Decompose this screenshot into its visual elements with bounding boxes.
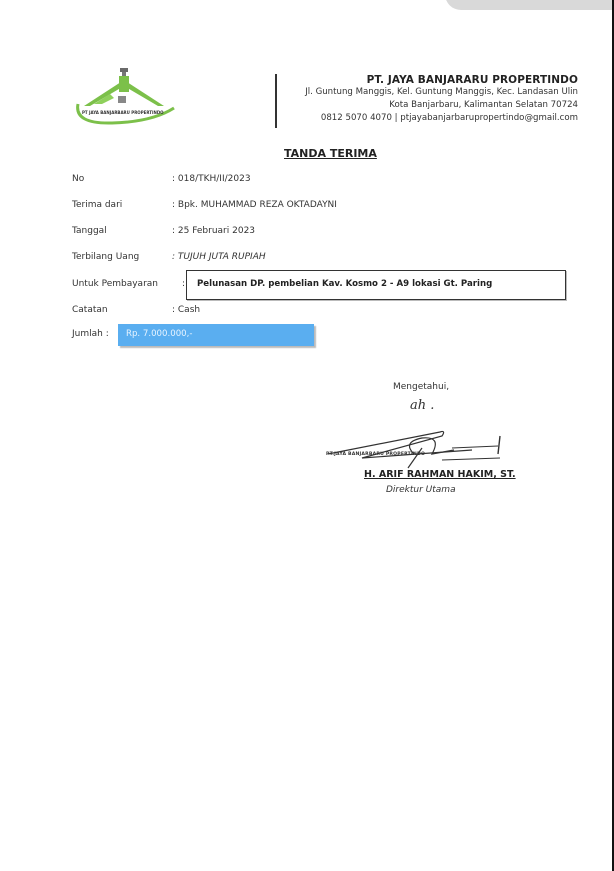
signer-title: Direktur Utama [386, 485, 456, 495]
company-address-2: Kota Banjarbaru, Kalimantan Selatan 7072… [305, 99, 578, 112]
field-label: No [72, 174, 84, 184]
field-value: : 25 Februari 2023 [172, 226, 255, 236]
company-info: PT. JAYA BANJARARU PROPERTINDO Jl. Guntu… [305, 74, 578, 125]
signer-name: H. ARIF RAHMAN HAKIM, ST. [364, 469, 516, 480]
field-label: Catatan [72, 305, 108, 315]
company-contact: 0812 5070 4070 | ptjayabanjarbarupropert… [305, 112, 578, 125]
amount-value: Rp. 7.000.000,- [126, 329, 192, 339]
signature-icon [322, 392, 506, 472]
field-value: : Cash [172, 305, 200, 315]
field-value: : TUJUH JUTA RUPIAH [172, 252, 266, 262]
house-logo-icon: PT JAYA BANJARBARU PROPERTINDO [72, 68, 176, 132]
field-value: : Bpk. MUHAMMAD REZA OKTADAYNI [172, 200, 337, 210]
document-title: TANDA TERIMA [284, 147, 377, 160]
svg-text:PT JAYA BANJARBARU PROPERTINDO: PT JAYA BANJARBARU PROPERTINDO [82, 110, 164, 115]
field-colon: : [182, 279, 185, 289]
company-logo: PT JAYA BANJARBARU PROPERTINDO [72, 68, 176, 132]
company-stamp: PT.JAYA BANJARBARU PROPERTINDO [326, 452, 425, 457]
field-label: Untuk Pembayaran [72, 279, 158, 289]
amount-highlight-box: Rp. 7.000.000,- [118, 324, 314, 346]
payment-purpose-text: Pelunasan DP. pembelian Kav. Kosmo 2 - A… [197, 279, 492, 289]
field-label: Tanggal [72, 226, 107, 236]
page-curl [445, 0, 614, 10]
payment-purpose-box: Pelunasan DP. pembelian Kav. Kosmo 2 - A… [186, 270, 566, 300]
field-label: Terbilang Uang [72, 252, 139, 262]
field-label: Jumlah : [72, 329, 109, 339]
acknowledged-label: Mengetahui, [393, 382, 449, 392]
field-label: Terima dari [72, 200, 122, 210]
header-divider [275, 74, 277, 128]
company-address-1: Jl. Guntung Manggis, Kel. Guntung Manggi… [305, 86, 578, 99]
field-value: : 018/TKH/II/2023 [172, 174, 251, 184]
company-name: PT. JAYA BANJARARU PROPERTINDO [305, 74, 578, 86]
